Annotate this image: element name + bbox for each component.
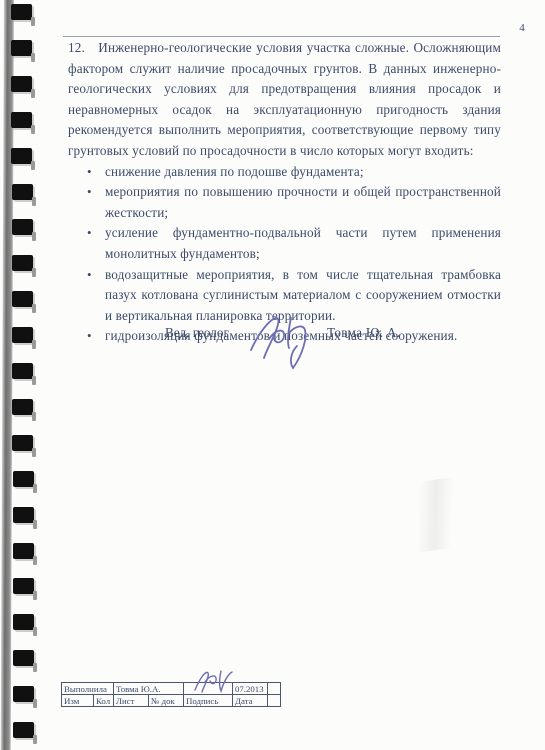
bullet-text: мероприятия по повышению прочности и общ… — [105, 184, 501, 220]
binding-comb — [13, 471, 34, 487]
footer-cell-date: 07.2013 — [233, 683, 268, 695]
footer-cell-executed-label: Выполнила — [62, 683, 114, 695]
list-item: усиление фундаментно-подвальной части пу… — [68, 223, 501, 264]
footer-row-headers: Изм Кол Лист № док Подпись Дата — [62, 695, 281, 707]
page-number: 4 — [512, 22, 532, 34]
binding-comb — [13, 543, 34, 559]
binding-comb — [12, 363, 33, 379]
binding-comb — [11, 40, 32, 56]
scanned-page: 4 12. Инженерно-геологические условия уч… — [0, 0, 545, 750]
signature-mark — [247, 306, 333, 370]
binding-comb — [11, 4, 32, 20]
bullet-text: снижение давления по подошве фундамента; — [105, 164, 364, 179]
header-rule — [63, 36, 500, 37]
footer-col-empty — [268, 695, 281, 707]
binding-area — [0, 0, 46, 750]
binding-comb — [12, 255, 33, 271]
footer-col-kol: Кол — [94, 695, 114, 707]
footer-cell-executed-name: Товма Ю.А. — [114, 683, 184, 695]
binding-comb — [13, 578, 34, 594]
footer-cell-signature — [184, 683, 233, 695]
footer-col-list: Лист — [114, 695, 149, 707]
binding-comb — [12, 219, 33, 235]
footer-stamp: Выполнила Товма Ю.А. 07.2013 Изм Кол Лис… — [61, 682, 283, 707]
signer-name: Товма Ю. А. — [327, 325, 400, 341]
document-body: 12. Инженерно-геологические условия учас… — [68, 38, 501, 347]
footer-col-podpis: Подпись — [184, 695, 233, 707]
signature-row: Вед. геолог Товма Ю. А. — [165, 312, 465, 372]
scan-crease — [326, 466, 544, 565]
binding-comb — [13, 507, 34, 523]
signer-role-label: Вед. геолог — [165, 325, 229, 341]
binding-comb — [12, 327, 33, 343]
bullet-text: усиление фундаментно-подвальной части пу… — [105, 225, 501, 261]
footer-col-izm: Изм — [62, 695, 94, 707]
list-item: снижение давления по подошве фундамента; — [68, 162, 501, 183]
binding-comb — [13, 614, 34, 630]
list-item: мероприятия по повышению прочности и общ… — [68, 182, 501, 223]
footer-col-ndok: № док — [149, 695, 184, 707]
footer-row-values: Выполнила Товма Ю.А. 07.2013 — [62, 683, 281, 695]
body-paragraph: 12. Инженерно-геологические условия учас… — [68, 38, 501, 162]
binding-comb — [12, 399, 33, 415]
binding-comb — [12, 184, 33, 200]
binding-comb — [12, 291, 33, 307]
binding-comb — [13, 722, 34, 738]
binding-comb — [13, 650, 34, 666]
binding-comb — [11, 112, 32, 128]
binding-comb — [12, 435, 33, 451]
footer-table: Выполнила Товма Ю.А. 07.2013 Изм Кол Лис… — [61, 682, 281, 707]
footer-col-data: Дата — [233, 695, 268, 707]
binding-comb — [13, 686, 34, 702]
binding-comb — [11, 76, 32, 92]
footer-cell-empty — [268, 683, 281, 695]
binding-comb — [11, 148, 32, 164]
